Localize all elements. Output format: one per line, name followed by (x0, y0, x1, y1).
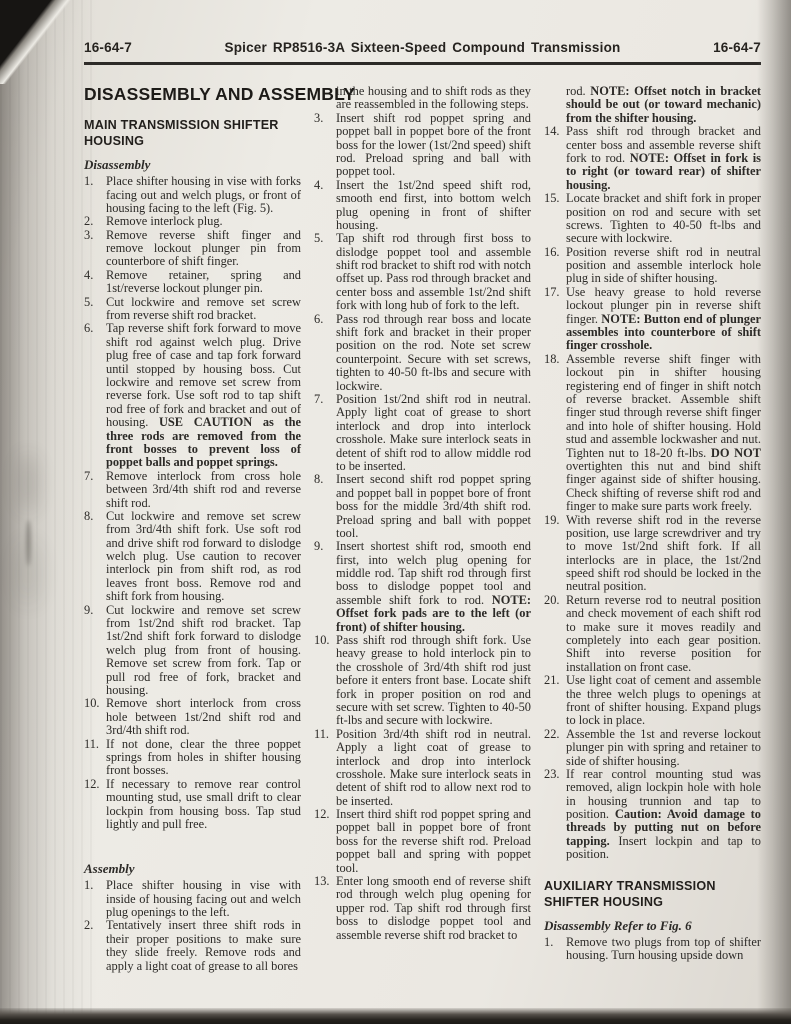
item-number: 5. (314, 232, 336, 312)
list-item: 7.Remove interlock from cross hole betwe… (84, 470, 301, 510)
item-indent (544, 85, 566, 125)
text-segment: Remove interlock plug. (106, 214, 223, 228)
text-segment: If necessary to remove rear control moun… (106, 777, 301, 831)
text-segment: Insert shift rod poppet spring and poppe… (336, 111, 531, 179)
text-segment: Remove reverse shift finger and remove l… (106, 228, 301, 269)
list-item: 9.Insert shortest shift rod, smooth end … (314, 540, 531, 634)
list-item: 8.Insert second shift rod poppet spring … (314, 473, 531, 540)
list-item: 4.Insert the 1st/2nd speed shift rod, sm… (314, 179, 531, 233)
list-item: 2.Remove interlock plug. (84, 215, 301, 228)
list-item: 1.Place shifter housing in vise with ins… (84, 879, 301, 919)
item-text: Remove two plugs from top of shifter hou… (566, 936, 761, 963)
item-number: 3. (314, 112, 336, 179)
bold-text-segment: DO NOT (711, 446, 761, 460)
item-text: With reverse shift rod in the reverse po… (566, 514, 761, 594)
item-number: 11. (84, 738, 106, 778)
text-segment: Remove interlock from cross hole between… (106, 469, 301, 510)
item-text: Remove short interlock from cross hole b… (106, 697, 301, 737)
item-number: 10. (84, 697, 106, 737)
item-text: Insert third shift rod poppet spring and… (336, 808, 531, 875)
list-item: 1.Remove two plugs from top of shifter h… (544, 936, 761, 963)
item-number: 9. (84, 604, 106, 698)
scanned-page: 16-64-7 Spicer RP8516-3A Sixteen-Speed C… (0, 0, 791, 1024)
text-segment: Assemble reverse shift finger with locko… (566, 352, 761, 460)
list-item: 2.Tentatively insert three shift rods in… (84, 919, 301, 973)
item-number: 22. (544, 728, 566, 768)
page-header: 16-64-7 Spicer RP8516-3A Sixteen-Speed C… (84, 40, 761, 55)
page-title: DISASSEMBLY AND ASSEMBLY (84, 85, 301, 104)
bold-text-segment: NOTE: Offset notch in bracket should be … (566, 84, 761, 125)
text-segment: Remove short interlock from cross hole b… (106, 696, 301, 737)
item-text: Assemble reverse shift finger with locko… (566, 353, 761, 514)
text-segment: in the housing and to shift rods as they… (336, 84, 531, 111)
text-segment: Tap shift rod through first boss to disl… (336, 231, 531, 312)
item-text: Use heavy grease to hold reverse lockout… (566, 286, 761, 353)
item-number: 7. (314, 393, 336, 473)
text-segment: Cut lockwire and remove set screw from 3… (106, 509, 301, 603)
header-rule (84, 62, 761, 65)
text-segment: overtighten this nut and bind shift fing… (566, 459, 761, 513)
text-segment: Remove retainer, spring and 1st/reverse … (106, 268, 301, 295)
item-number: 23. (544, 768, 566, 862)
running-title: Spicer RP8516-3A Sixteen-Speed Compound … (132, 40, 713, 55)
item-text: Cut lockwire and remove set screw from r… (106, 296, 301, 323)
column-2: in the housing and to shift rods as they… (314, 85, 531, 973)
text-segment: Cut lockwire and remove set screw from 1… (106, 603, 301, 697)
section-heading: AUXILIARY TRANSMISSION SHIFTER HOUSING (544, 878, 761, 910)
item-number: 8. (314, 473, 336, 540)
list-item: 18.Assemble reverse shift finger with lo… (544, 353, 761, 514)
item-text: Tentatively insert three shift rods in t… (106, 919, 301, 973)
list-item: 5.Tap shift rod through first boss to di… (314, 232, 531, 312)
item-text: If rear control mounting stud was remove… (566, 768, 761, 862)
list-item: 6.Tap reverse shift fork forward to move… (84, 322, 301, 469)
list-item: 1.Place shifter housing in vise with for… (84, 175, 301, 215)
list-item: 6.Pass rod through rear boss and locate … (314, 313, 531, 393)
item-number: 2. (84, 215, 106, 228)
text-segment: Place shifter housing in vise with forks… (106, 174, 301, 215)
item-indent (314, 85, 336, 112)
item-number: 18. (544, 353, 566, 514)
procedure-subheading: Disassembly Refer to Fig. 6 (544, 919, 761, 933)
procedure-subheading: Disassembly (84, 158, 301, 172)
item-number: 2. (84, 919, 106, 973)
list-item: 13.Enter long smooth end of reverse shif… (314, 875, 531, 942)
list-item: 16.Position reverse shift rod in neutral… (544, 246, 761, 286)
item-number: 4. (84, 269, 106, 296)
list-item: 14.Pass shift rod through bracket and ce… (544, 125, 761, 192)
item-text: Pass shift rod through shift fork. Use h… (336, 634, 531, 728)
text-segment: Tap reverse shift fork forward to move s… (106, 321, 301, 429)
item-number: 7. (84, 470, 106, 510)
item-text: Assemble the 1st and reverse lockout plu… (566, 728, 761, 768)
list-item: 15.Locate bracket and shift fork in prop… (544, 192, 761, 246)
item-number: 9. (314, 540, 336, 634)
text-segment: Pass rod through rear boss and locate sh… (336, 312, 531, 393)
item-number: 1. (84, 175, 106, 215)
list-item: 7.Position 1st/2nd shift rod in neutral.… (314, 393, 531, 473)
list-item: 19.With reverse shift rod in the reverse… (544, 514, 761, 594)
item-number: 6. (84, 322, 106, 469)
item-number: 21. (544, 674, 566, 728)
column-3: rod. NOTE: Offset notch in bracket shoul… (544, 85, 761, 973)
text-segment: Locate bracket and shift fork in proper … (566, 191, 761, 245)
item-text: Pass rod through rear boss and locate sh… (336, 313, 531, 393)
text-segment: Cut lockwire and remove set screw from r… (106, 295, 301, 322)
item-text: Remove interlock plug. (106, 215, 301, 228)
item-number: 8. (84, 510, 106, 604)
item-number: 11. (314, 728, 336, 808)
item-number: 14. (544, 125, 566, 192)
text-segment: With reverse shift rod in the reverse po… (566, 513, 761, 594)
item-text: Insert shortest shift rod, smooth end fi… (336, 540, 531, 634)
text-segment: Return reverse rod to neutral position a… (566, 593, 761, 674)
page-content: 16-64-7 Spicer RP8516-3A Sixteen-Speed C… (0, 0, 791, 1024)
text-segment: Assemble the 1st and reverse lockout plu… (566, 727, 761, 768)
list-item: 3.Remove reverse shift finger and remove… (84, 229, 301, 269)
list-item: 17.Use heavy grease to hold reverse lock… (544, 286, 761, 353)
item-text: Return reverse rod to neutral position a… (566, 594, 761, 674)
item-text: Insert the 1st/2nd speed shift rod, smoo… (336, 179, 531, 233)
item-text: Pass shift rod through bracket and cente… (566, 125, 761, 192)
item-number: 3. (84, 229, 106, 269)
spacer (544, 862, 761, 878)
list-item: 4.Remove retainer, spring and 1st/revers… (84, 269, 301, 296)
text-segment: If not done, clear the three poppet spri… (106, 737, 301, 778)
item-text: Cut lockwire and remove set screw from 1… (106, 604, 301, 698)
text-segment: Insert second shift rod poppet spring an… (336, 472, 531, 540)
procedure-subheading: Assembly (84, 862, 301, 876)
text-segment: Tentatively insert three shift rods in t… (106, 918, 301, 972)
list-item: 11.If not done, clear the three poppet s… (84, 738, 301, 778)
text-segment: Position reverse shift rod in neutral po… (566, 245, 761, 286)
text-segment: Enter long smooth end of reverse shift r… (336, 874, 531, 942)
page-number-left: 16-64-7 (84, 40, 132, 55)
item-text: If necessary to remove rear control moun… (106, 778, 301, 832)
item-text: in the housing and to shift rods as they… (336, 85, 531, 112)
item-text: Insert second shift rod poppet spring an… (336, 473, 531, 540)
text-columns: DISASSEMBLY AND ASSEMBLYMAIN TRANSMISSIO… (84, 85, 761, 973)
item-number: 15. (544, 192, 566, 246)
item-text: Remove interlock from cross hole between… (106, 470, 301, 510)
item-number: 1. (84, 879, 106, 919)
item-number: 16. (544, 246, 566, 286)
list-item: 9.Cut lockwire and remove set screw from… (84, 604, 301, 698)
item-text: Enter long smooth end of reverse shift r… (336, 875, 531, 942)
item-number: 6. (314, 313, 336, 393)
item-text: Position reverse shift rod in neutral po… (566, 246, 761, 286)
text-segment: rod. (566, 84, 590, 98)
page-number-right: 16-64-7 (713, 40, 761, 55)
item-text: Place shifter housing in vise with insid… (106, 879, 301, 919)
list-item: 3.Insert shift rod poppet spring and pop… (314, 112, 531, 179)
item-text: If not done, clear the three poppet spri… (106, 738, 301, 778)
item-text: Position 3rd/4th shift rod in neutral. A… (336, 728, 531, 808)
text-segment: Insert the 1st/2nd speed shift rod, smoo… (336, 178, 531, 232)
item-number: 1. (544, 936, 566, 963)
item-number: 12. (314, 808, 336, 875)
item-text: Remove reverse shift finger and remove l… (106, 229, 301, 269)
list-item: 10.Remove short interlock from cross hol… (84, 697, 301, 737)
list-item: 23.If rear control mounting stud was rem… (544, 768, 761, 862)
item-text: Position 1st/2nd shift rod in neutral. A… (336, 393, 531, 473)
item-text: Place shifter housing in vise with forks… (106, 175, 301, 215)
list-item: 21.Use light coat of cement and assemble… (544, 674, 761, 728)
item-number: 13. (314, 875, 336, 942)
item-number: 10. (314, 634, 336, 728)
text-segment: Pass shift rod through shift fork. Use h… (336, 633, 531, 727)
item-number: 4. (314, 179, 336, 233)
text-segment: Position 1st/2nd shift rod in neutral. A… (336, 392, 531, 473)
text-segment: Remove two plugs from top of shifter hou… (566, 935, 761, 962)
item-number: 12. (84, 778, 106, 832)
list-item: 5.Cut lockwire and remove set screw from… (84, 296, 301, 323)
list-item: 10.Pass shift rod through shift fork. Us… (314, 634, 531, 728)
item-number: 20. (544, 594, 566, 674)
item-text: Locate bracket and shift fork in proper … (566, 192, 761, 246)
list-item: 8.Cut lockwire and remove set screw from… (84, 510, 301, 604)
item-text: Tap reverse shift fork forward to move s… (106, 322, 301, 469)
section-heading: MAIN TRANSMISSION SHIFTER HOUSING (84, 117, 301, 149)
list-item: 11.Position 3rd/4th shift rod in neutral… (314, 728, 531, 808)
list-item: 12.Insert third shift rod poppet spring … (314, 808, 531, 875)
text-segment: Insert third shift rod poppet spring and… (336, 807, 531, 875)
list-item: 20.Return reverse rod to neutral positio… (544, 594, 761, 674)
binding-smudge (26, 520, 31, 566)
spacer (84, 831, 301, 861)
list-item: 22.Assemble the 1st and reverse lockout … (544, 728, 761, 768)
text-segment: Position 3rd/4th shift rod in neutral. A… (336, 727, 531, 808)
item-text: rod. NOTE: Offset notch in bracket shoul… (566, 85, 761, 125)
item-text: Insert shift rod poppet spring and poppe… (336, 112, 531, 179)
text-segment: Use light coat of cement and assemble th… (566, 673, 761, 727)
item-text: Cut lockwire and remove set screw from 3… (106, 510, 301, 604)
column-1: DISASSEMBLY AND ASSEMBLYMAIN TRANSMISSIO… (84, 85, 301, 973)
item-number: 19. (544, 514, 566, 594)
list-item: 12.If necessary to remove rear control m… (84, 778, 301, 832)
item-text: Use light coat of cement and assemble th… (566, 674, 761, 728)
continuation-paragraph: rod. NOTE: Offset notch in bracket shoul… (544, 85, 761, 125)
item-text: Tap shift rod through first boss to disl… (336, 232, 531, 312)
item-number: 17. (544, 286, 566, 353)
item-text: Remove retainer, spring and 1st/reverse … (106, 269, 301, 296)
item-number: 5. (84, 296, 106, 323)
continuation-paragraph: in the housing and to shift rods as they… (314, 85, 531, 112)
text-segment: Place shifter housing in vise with insid… (106, 878, 301, 919)
